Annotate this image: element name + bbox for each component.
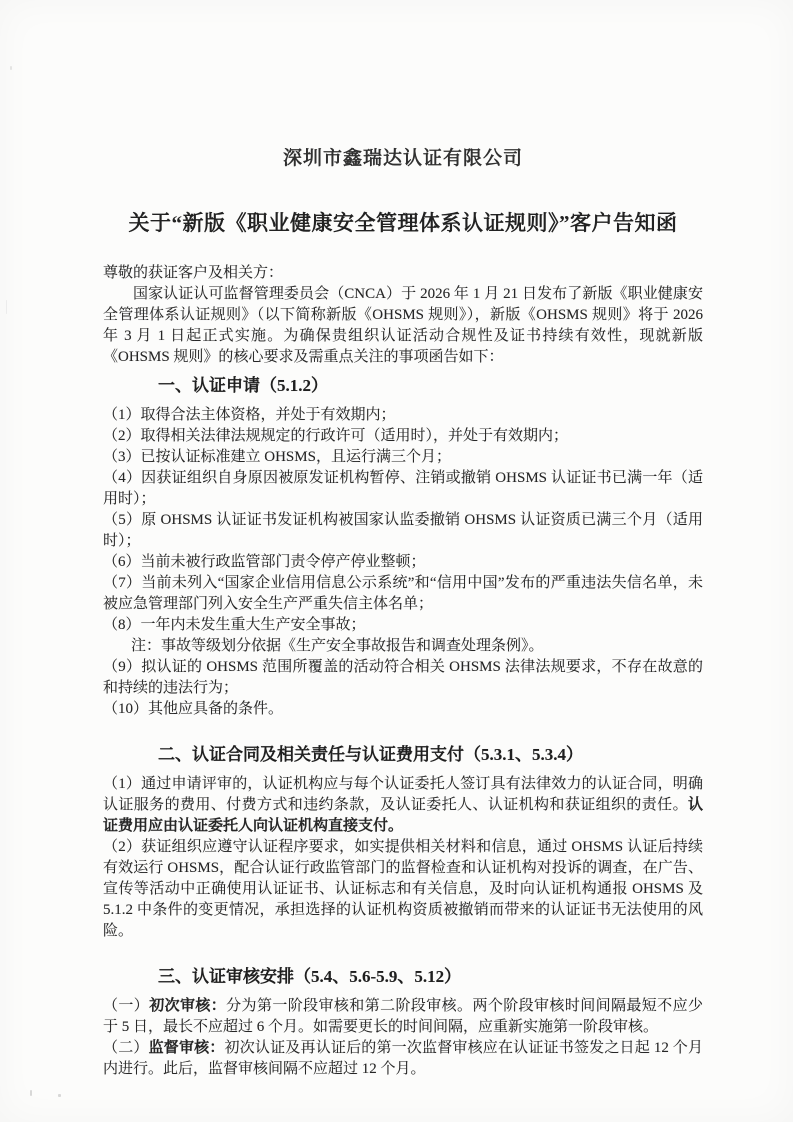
text-run: （一）: [103, 998, 149, 1014]
list-item: （8）一年内未发生重大生产安全事故；: [103, 615, 703, 636]
letter-body: 尊敬的获证客户及相关方： 国家认证认可监督管理委员会（CNCA）于 2026 年…: [103, 263, 703, 1080]
salutation: 尊敬的获证客户及相关方：: [103, 263, 703, 284]
text-run: （8）一年内未发生重大生产安全事故；: [103, 617, 366, 633]
list-item: （3）已按认证标准建立 OHSMS，且运行满三个月；: [103, 447, 703, 468]
scan-speck: [30, 1090, 32, 1096]
list-item: （10）其他应具备的条件。: [103, 699, 703, 720]
company-name: 深圳市鑫瑞达认证有限公司: [103, 143, 703, 170]
text-run: （4）因获证组织自身原因被原发证机构暂停、注销或撤销 OHSMS 认证证书已满一…: [103, 470, 703, 507]
text-run: （1）取得合法主体资格，并处于有效期内；: [103, 407, 396, 423]
text-run: （7）当前未列入“国家企业信用信息公示系统”和“信用中国”发布的严重违法失信名单…: [103, 575, 703, 612]
list-item: （二）监督审核：初次认证及再认证后的第一次监督审核应在认证证书签发之日起 12 …: [103, 1038, 703, 1080]
text-run: （9）拟认证的 OHSMS 范围所覆盖的活动符合相关 OHSMS 法律法规要求，…: [103, 659, 703, 696]
intro-paragraph: 国家认证认可监督管理委员会（CNCA）于 2026 年 1 月 21 日发布了新…: [103, 284, 703, 368]
list-item: （2）取得相关法律法规规定的行政许可（适用时），并处于有效期内；: [103, 426, 703, 447]
text-run: （6）当前未被行政监管部门责令停产停业整顿；: [103, 554, 426, 570]
section-heading: 一、认证申请（5.1.2）: [103, 375, 703, 396]
bold-text-run: 监督审核：: [149, 1040, 225, 1056]
section-heading: 二、认证合同及相关责任与认证费用支付（5.3.1、5.3.4）: [103, 744, 703, 765]
list-item: （4）因获证组织自身原因被原发证机构暂停、注销或撤销 OHSMS 认证证书已满一…: [103, 468, 703, 510]
scan-speck: [6, 300, 7, 314]
text-run: （2）取得相关法律法规规定的行政许可（适用时），并处于有效期内；: [103, 428, 568, 444]
text-run: （3）已按认证标准建立 OHSMS，且运行满三个月；: [103, 449, 451, 465]
bold-text-run: 初次审核：: [149, 998, 226, 1014]
letter-content: 深圳市鑫瑞达认证有限公司 关于“新版《职业健康安全管理体系认证规则》”客户告知函…: [103, 143, 703, 1080]
scan-speck: [58, 1094, 61, 1097]
list-item: （一）初次审核：分为第一阶段审核和第二阶段审核。两个阶段审核时间间隔最短不应少于…: [103, 996, 703, 1038]
text-run: （5）原 OHSMS 认证证书发证机构被国家认监委撤销 OHSMS 认证资质已满…: [103, 512, 703, 549]
section-heading: 三、认证审核安排（5.4、5.6-5.9、5.12）: [103, 966, 703, 987]
text-run: （二）: [103, 1040, 149, 1056]
list-item: （7）当前未列入“国家企业信用信息公示系统”和“信用中国”发布的严重违法失信名单…: [103, 573, 703, 615]
sections: 一、认证申请（5.1.2）（1）取得合法主体资格，并处于有效期内；（2）取得相关…: [103, 375, 703, 1080]
list-item: （1）通过申请评审的，认证机构应与每个认证委托人签订具有法律效力的认证合同，明确…: [103, 774, 703, 837]
text-run: （10）其他应具备的条件。: [103, 701, 283, 717]
scan-speck: [10, 66, 12, 70]
list-item: （5）原 OHSMS 认证证书发证机构被国家认监委撤销 OHSMS 认证资质已满…: [103, 510, 703, 552]
text-run: （2）获证组织应遵守认证程序要求，如实提供相关材料和信息，通过 OHSMS 认证…: [103, 839, 703, 939]
list-item: （6）当前未被行政监管部门责令停产停业整顿；: [103, 552, 703, 573]
list-item: （2）获证组织应遵守认证程序要求，如实提供相关材料和信息，通过 OHSMS 认证…: [103, 837, 703, 942]
list-item: （9）拟认证的 OHSMS 范围所覆盖的活动符合相关 OHSMS 法律法规要求，…: [103, 657, 703, 699]
scanned-letter-page: 深圳市鑫瑞达认证有限公司 关于“新版《职业健康安全管理体系认证规则》”客户告知函…: [0, 0, 793, 1122]
list-item: （1）取得合法主体资格，并处于有效期内；: [103, 405, 703, 426]
letter-title: 关于“新版《职业健康安全管理体系认证规则》”客户告知函: [103, 207, 703, 237]
note-line: 注：事故等级划分依据《生产安全事故报告和调查处理条例》。: [103, 636, 703, 657]
text-run: 注：事故等级划分依据《生产安全事故报告和调查处理条例》。: [131, 638, 544, 654]
text-run: （1）通过申请评审的，认证机构应与每个认证委托人签订具有法律效力的认证合同，明确…: [103, 776, 703, 813]
